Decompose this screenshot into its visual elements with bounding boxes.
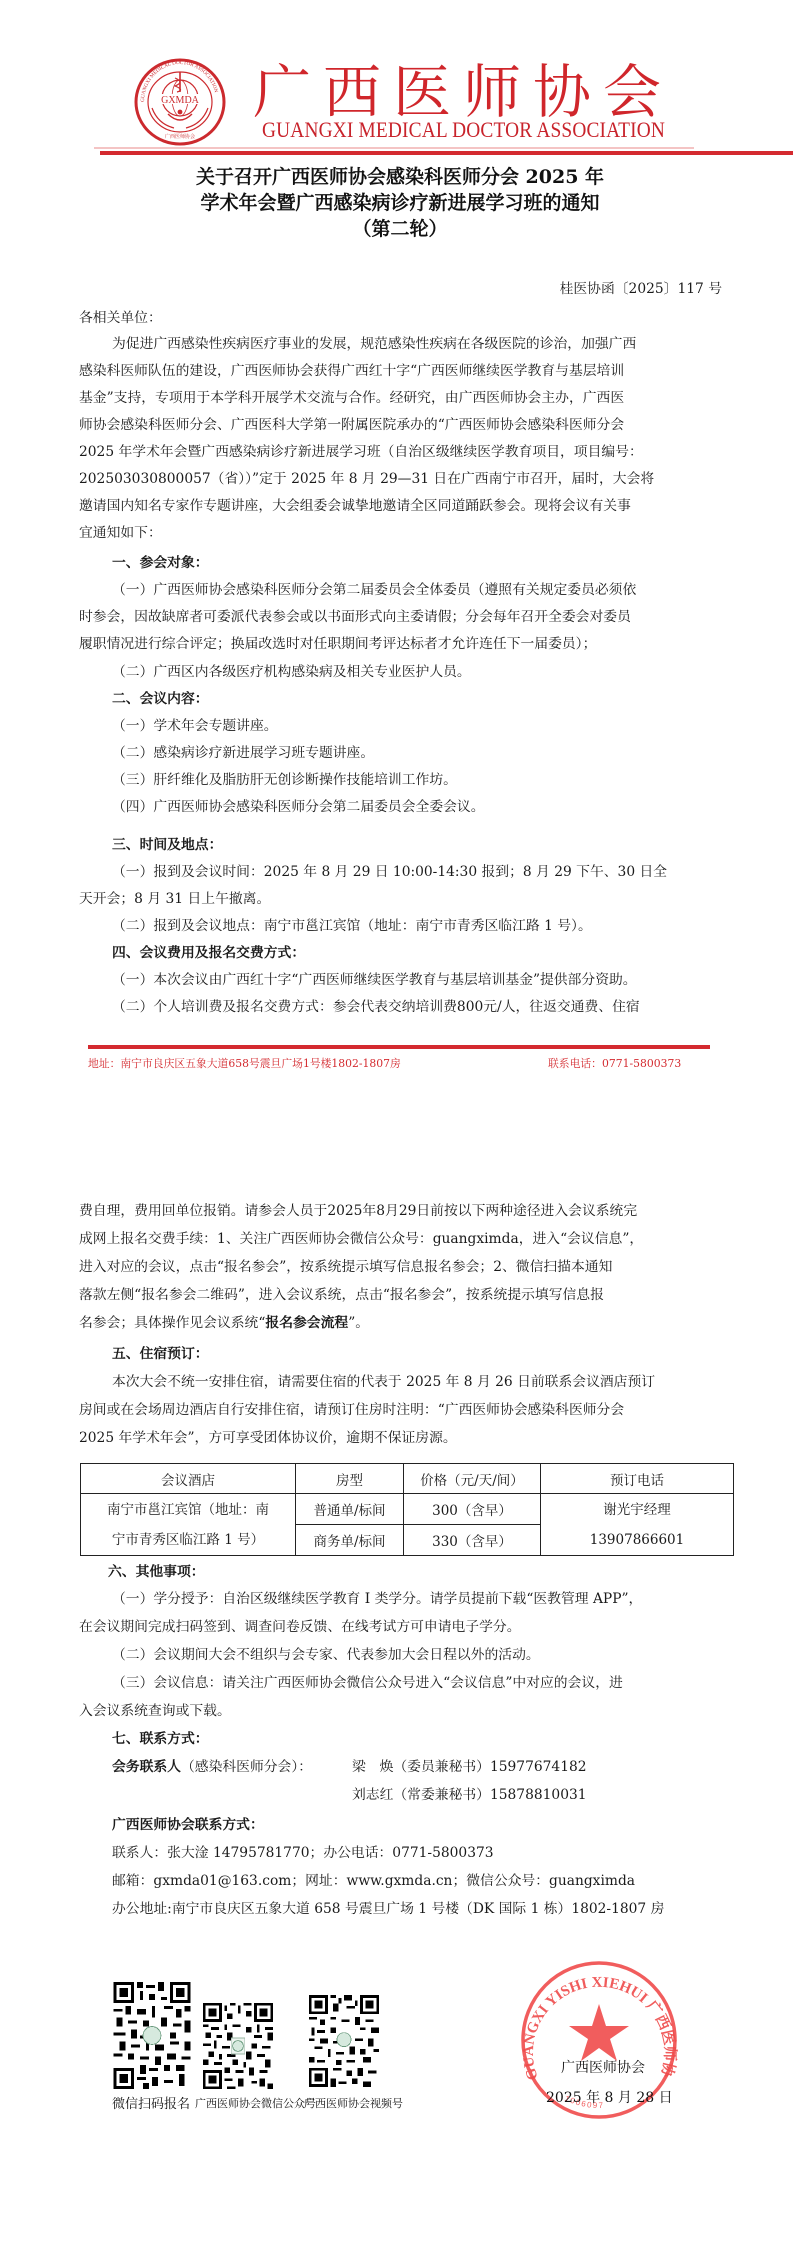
- table-header-cell: 房型: [296, 1464, 404, 1494]
- hotel-name-cell: 南宁市邕江宾馆（地址：南 宁市青秀区临江路 1 号）: [81, 1494, 296, 1556]
- document-number: 桂医协函〔2025〕117 号: [560, 275, 722, 303]
- title-line-1: 关于召开广西医师协会感染科医师分会 2025 年: [100, 164, 700, 191]
- qr-code-video-channel[interactable]: [309, 1993, 379, 2089]
- section-heading: 七、联系方式：: [112, 1725, 209, 1753]
- table-header-cell: 会议酒店: [81, 1464, 296, 1494]
- affairs-contact-label: 会务联系人（感染科医师分会）：: [112, 1753, 312, 1781]
- header-divider: [100, 151, 793, 155]
- price-cell: 330（含早）: [404, 1525, 541, 1556]
- contact-person: 梁 焕（委员兼秘书）15977674182: [352, 1753, 587, 1781]
- room-type-cell: 普通单/标间: [296, 1494, 404, 1525]
- section-heading: 六、其他事项：: [108, 1558, 205, 1586]
- booking-contact-cell: 谢光宇经理 13907866601: [541, 1494, 734, 1556]
- footer-divider: [88, 1045, 710, 1049]
- registration-process-link: 报名参会流程: [265, 1315, 348, 1331]
- section-heading: 五、住宿预订：: [112, 1340, 209, 1368]
- section-heading: 一、参会对象：: [112, 549, 209, 577]
- qr-caption: 微信扫码报名: [112, 2093, 190, 2112]
- title-line-3: （第二轮）: [100, 216, 700, 243]
- svg-text:广西医师协会: 广西医师协会: [165, 133, 195, 140]
- assoc-contact-heading: 广西医师协会联系方式：: [112, 1811, 264, 1839]
- section-heading: 二、会议内容：: [112, 685, 209, 713]
- section-heading: 四、会议费用及报名交费方式：: [112, 939, 305, 967]
- assoc-address: 办公地址:南宁市良庆区五象大道 658 号震旦广场 1 号楼（DK 国际 1 栋…: [112, 1895, 664, 1923]
- org-name-en: GUANGXI MEDICAL DOCTOR ASSOCIATION: [262, 117, 665, 143]
- section-heading: 三、时间及地点：: [112, 831, 222, 859]
- svg-text:GXMDA: GXMDA: [161, 95, 200, 106]
- qr-caption: 广西医师协会微信公众号: [195, 2095, 316, 2111]
- qr-code-wechat-official[interactable]: [203, 2002, 273, 2090]
- title-line-2: 学术年会暨广西感染病诊疗新进展学习班的通知: [100, 190, 700, 217]
- list-item: （四）广西医师协会感染科医师分会第二届委员会全委会议。: [112, 793, 485, 821]
- table-row: 南宁市邕江宾馆（地址：南 宁市青秀区临江路 1 号） 普通单/标间 300（含早…: [81, 1494, 734, 1525]
- signature-organization: 广西医师协会: [561, 2057, 645, 2077]
- salutation: 各相关单位：: [79, 304, 162, 332]
- hotel-table: 会议酒店 房型 价格（元/天/间） 预订电话 南宁市邕江宾馆（地址：南 宁市青秀…: [80, 1463, 734, 1556]
- price-cell: 300（含早）: [404, 1494, 541, 1525]
- assoc-email-web: 邮箱：gxmda01@163.com；网址：www.gxmda.cn；微信公众号…: [112, 1867, 635, 1895]
- table-header-row: 会议酒店 房型 价格（元/天/间） 预订电话: [81, 1464, 734, 1494]
- table-header-cell: 预订电话: [541, 1464, 734, 1494]
- qr-caption: 广西医师协会视频号: [304, 2095, 403, 2111]
- table-header-cell: 价格（元/天/间）: [404, 1464, 541, 1494]
- list-item: （一）学术年会专题讲座。: [112, 712, 278, 740]
- contact-person: 刘志红（常委兼秘书）15878810031: [352, 1781, 587, 1809]
- header-divider-light: [94, 147, 694, 149]
- assoc-contact-person: 联系人：张大淦 14795781770；办公电话：0771-5800373: [112, 1839, 494, 1867]
- signature-date: 2025 年 8 月 28 日: [546, 2087, 673, 2107]
- footer-phone: 联系电话：0771-5800373: [548, 1056, 681, 1071]
- association-logo: GXMDA 广西医师协会 GUANGXI MEDICAL DOCTOR ASSO…: [134, 58, 226, 146]
- list-item: （二）感染病诊疗新进展学习班专题讲座。: [112, 739, 374, 767]
- list-item: （三）肝纤维化及脂肪肝无创诊断操作技能培训工作坊。: [112, 766, 457, 794]
- room-type-cell: 商务单/标间: [296, 1525, 404, 1556]
- qr-code-registration[interactable]: [113, 1982, 191, 2089]
- footer-address: 地址：南宁市良庆区五象大道658号震旦广场1号楼1802-1807房: [88, 1056, 401, 1071]
